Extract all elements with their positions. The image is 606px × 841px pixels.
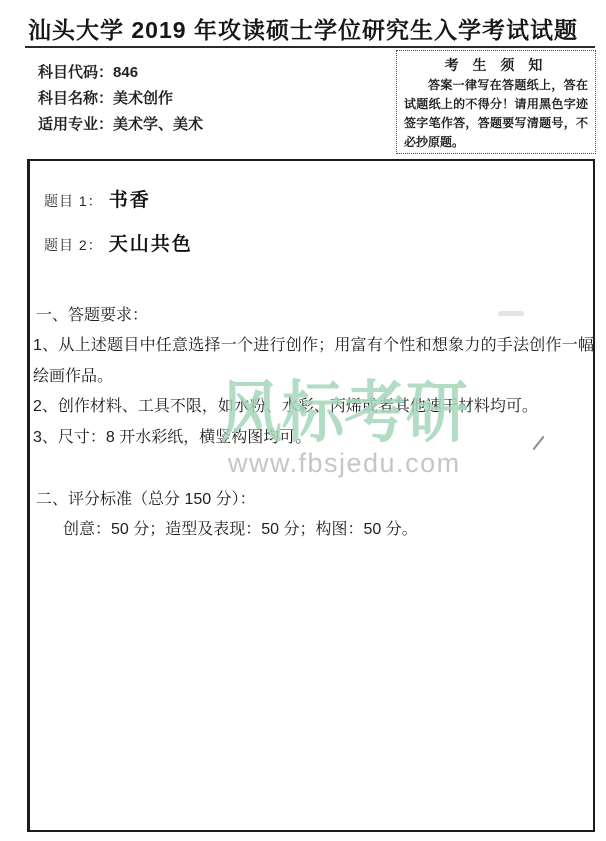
- requirement-item-1: 1、从上述题目中任意选择一个进行创作；用富有个性和想象力的手法创作一幅绘画作品。: [33, 331, 594, 392]
- section-1-heading: 一、答题要求：: [36, 302, 148, 325]
- subject-code-label: 科目代码：: [38, 64, 113, 81]
- topic-1-title: 书香: [109, 190, 151, 211]
- section-1-body: 1、从上述题目中任意选择一个进行创作；用富有个性和想象力的手法创作一幅绘画作品。…: [33, 331, 594, 453]
- subject-name-label: 科目名称：: [38, 90, 113, 107]
- subject-code-line: 科目代码：846: [38, 60, 203, 86]
- notice-body: 答案一律写在答题纸上，答在试题纸上的不得分！请用黑色字迹签字笔作答，答题要写清题…: [404, 76, 588, 152]
- requirement-item-2: 2、创作材料、工具不限，如水粉、水彩、丙烯或者其他速干材料均可。: [33, 392, 594, 423]
- notice-title: 考 生 须 知: [404, 55, 588, 75]
- major-label: 适用专业：: [38, 116, 113, 133]
- topic-2-line: 题目 2：天山共色: [44, 229, 193, 256]
- subject-meta: 科目代码：846 科目名称：美术创作 适用专业：美术学、美术: [38, 60, 203, 138]
- topic-2-title: 天山共色: [109, 234, 193, 255]
- section-2-heading: 二、评分标准（总分 150 分）：: [36, 486, 256, 509]
- major-value: 美术学、美术: [113, 116, 203, 133]
- scan-smudge-artifact: [498, 311, 524, 316]
- requirement-item-3: 3、尺寸：8 开水彩纸，横竖构图均可。: [33, 423, 594, 454]
- scoring-breakdown: 创意：50 分；造型及表现：50 分；构图：50 分。: [63, 516, 418, 539]
- question-frame: 题目 1：书香 题目 2：天山共色 一、答题要求： 1、从上述题目中任意选择一个…: [27, 159, 595, 832]
- exam-paper-page: { "page": { "title": "汕头大学 2019 年攻读硕士学位研…: [0, 0, 606, 841]
- topic-2-label: 题目 2：: [44, 237, 103, 253]
- title-divider: [25, 46, 595, 48]
- subject-name-line: 科目名称：美术创作: [38, 86, 203, 112]
- topic-1-line: 题目 1：书香: [44, 185, 151, 212]
- topic-1-label: 题目 1：: [44, 193, 103, 209]
- subject-name-value: 美术创作: [113, 90, 173, 107]
- subject-code-value: 846: [113, 64, 138, 81]
- candidate-notice-box: 考 生 须 知 答案一律写在答题纸上，答在试题纸上的不得分！请用黑色字迹签字笔作…: [396, 50, 596, 154]
- major-line: 适用专业：美术学、美术: [38, 112, 203, 138]
- exam-title: 汕头大学 2019 年攻读硕士学位研究生入学考试试题: [28, 12, 588, 45]
